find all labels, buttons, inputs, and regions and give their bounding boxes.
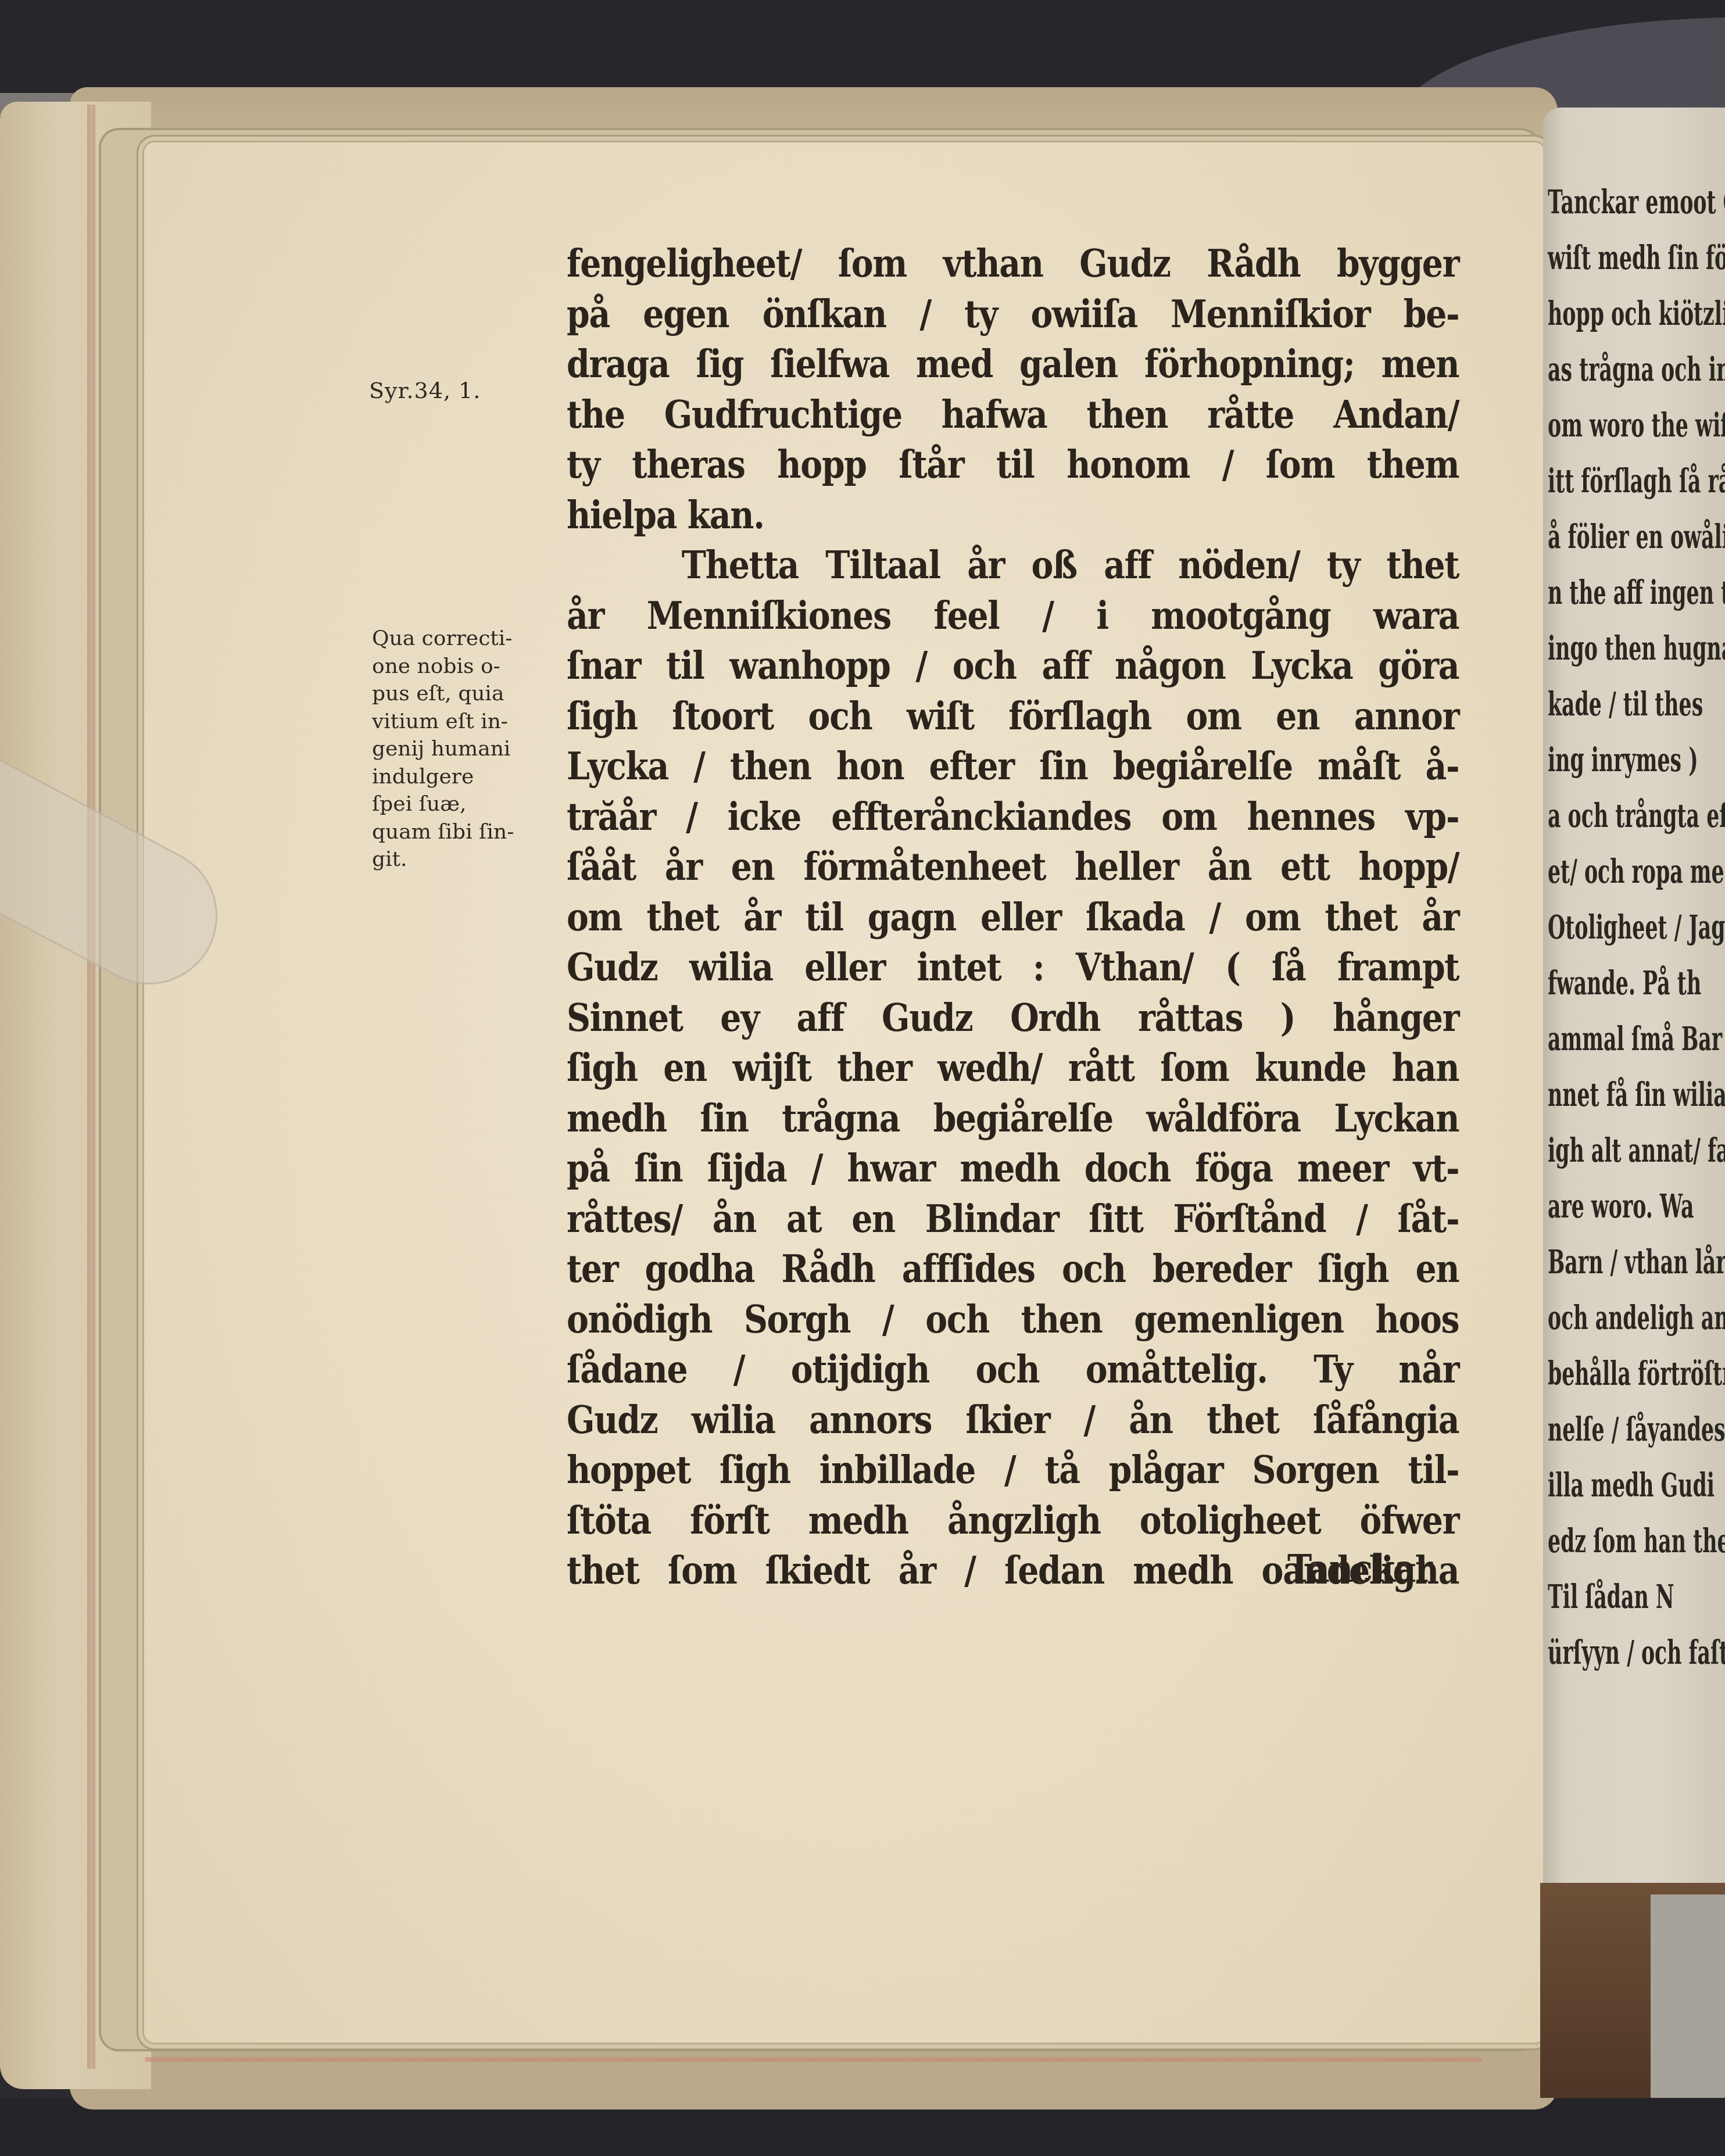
text-line: år Menniſkiones feel / i mootgång wara [567,590,1459,641]
facing-line: igh alt annat/ faſ [1548,1123,1725,1179]
text-line: Lycka / then hon efter ſin begiårelſe må… [567,741,1459,792]
text-line: råttes/ ån at en Blindar ſitt Förſtånd /… [567,1194,1459,1244]
facing-line: kade / til thes [1548,676,1725,732]
text-line: på ſin ſijda / hwar medh doch föga meer … [567,1143,1459,1194]
facing-line: Otoligheet / Jagh [1548,900,1725,955]
text-line: onödigh Sorgh / och then gemenligen hoos [567,1294,1459,1345]
margin-note-line: ſpei ſuæ, [372,790,564,818]
margin-note-line: quam ſibi ſin- [372,818,564,846]
facing-line: behålla förtröſtni [1548,1346,1725,1402]
facing-line: are woro. Wa [1548,1179,1725,1234]
text-line: the Gudfruchtige hafwa then råtte Andan/ [567,389,1459,440]
text-line: hielpa kan. [567,490,1459,540]
text-line: ſnar til wanhopp / och aff någon Lycka g… [567,640,1459,691]
bottom-red-edge [145,2057,1482,2062]
margin-note-line: vitium eſt in- [372,708,564,736]
text-line: trăår / icke effterånckiandes om hennes … [567,792,1459,842]
facing-line: as trågna och in [1548,342,1725,397]
margin-note-line: one nobis o- [372,653,564,681]
facing-line: wiſt medh ſin förſy [1548,230,1725,286]
text-line: hoppet ſigh inbillade / tå plågar Sorgen… [567,1445,1459,1495]
margin-note-line: Qua correcti- [372,625,564,653]
facing-line: å fölier en owåli [1548,509,1725,565]
facing-line: Tanckar emoot G [1548,174,1725,230]
margin-note-line: indulgere [372,763,564,791]
facing-line: nnet få ſin wilia / [1548,1067,1725,1123]
margin-latin-note: Qua correcti- one nobis o- pus eſt, quia… [372,625,564,873]
facing-page-text: Tanckar emoot G wiſt medh ſin förſy hopp… [1548,174,1725,1681]
facing-line: itt förſlagh ſå råt [1548,453,1725,509]
text-line: om thet år til gagn eller ſkada / om the… [567,892,1459,943]
paragraph-start-line: Thetta Tiltaal år oß aff nöden/ ty thet [567,540,1459,590]
main-text-column: fengeligheet/ ſom vthan Gudz Rådh bygger… [567,238,1459,1596]
grey-board-fragment [1651,1894,1725,2098]
catchword: Tanckar [1287,1546,1432,1591]
text-line: fengeligheet/ ſom vthan Gudz Rådh bygger [567,238,1459,289]
facing-line: ing inrymes ) [1548,732,1725,788]
facing-line: ingo then hugnad [1548,621,1725,676]
text-line: Gudz wilia annors ſkier / ån thet ſåfång… [567,1395,1459,1445]
text-line: Sinnet ey aff Gudz Ordh råttas ) hånger [567,993,1459,1043]
text-line: ter godha Rådh affſides och bereder ſigh… [567,1244,1459,1294]
text-line: på egen önſkan / ty owiiſa Menniſkior be… [567,289,1459,339]
facing-line: Til ſådan N [1548,1569,1725,1625]
facing-line: nelſe / ſåyandes t [1548,1402,1725,1457]
facing-line: Barn / vthan lår [1548,1234,1725,1290]
red-sprinkled-edge [87,105,95,2069]
text-line: ſigh ſtoort och wiſt förſlagh om en anno… [567,691,1459,742]
facing-line: ammal ſmå Bar [1548,1011,1725,1067]
facing-line: edz ſom han thet [1548,1513,1725,1569]
facing-line: ürſyyn / och faſt h [1548,1625,1725,1681]
text-line: ſååt år en förmåtenheet heller ån ett ho… [567,841,1459,892]
facing-line: hopp och kiötzliga ſ [1548,286,1725,342]
facing-line: et/ och ropa med [1548,844,1725,900]
text-line: medh ſin trågna begiårelſe wåldföra Lyck… [567,1093,1459,1144]
margin-note-line: pus eſt, quia [372,680,564,708]
text-line: draga ſig ſielfwa med galen förhopning; … [567,339,1459,389]
text-line: ſtöta förſt medh ångzligh otoligheet öfw… [567,1495,1459,1546]
facing-line: fwande. På th [1548,955,1725,1011]
text-line: ſådane / otijdigh och omåttelig. Ty når [567,1344,1459,1395]
margin-note-line: genij humani [372,735,564,763]
text-line: ty theras hopp ſtår til honom / ſom them [567,439,1459,490]
margin-note-line: git. [372,846,564,873]
facing-line: och andeligh anf [1548,1290,1725,1346]
facing-line: a och trångta eff [1548,788,1725,844]
text-line: Gudz wilia eller intet : Vthan/ ( ſå fra… [567,942,1459,993]
facing-line: n the aff ingen ting [1548,565,1725,621]
facing-line: om woro the wiſſ [1548,397,1725,453]
text-line: ſigh en wijſt ther wedh/ rått ſom kunde … [567,1043,1459,1093]
facing-line: illa medh Gudi [1548,1457,1725,1513]
margin-bible-reference: Syr.34, 1. [369,378,481,403]
facing-page: Tanckar emoot G wiſt medh ſin förſy hopp… [1543,108,1725,2043]
